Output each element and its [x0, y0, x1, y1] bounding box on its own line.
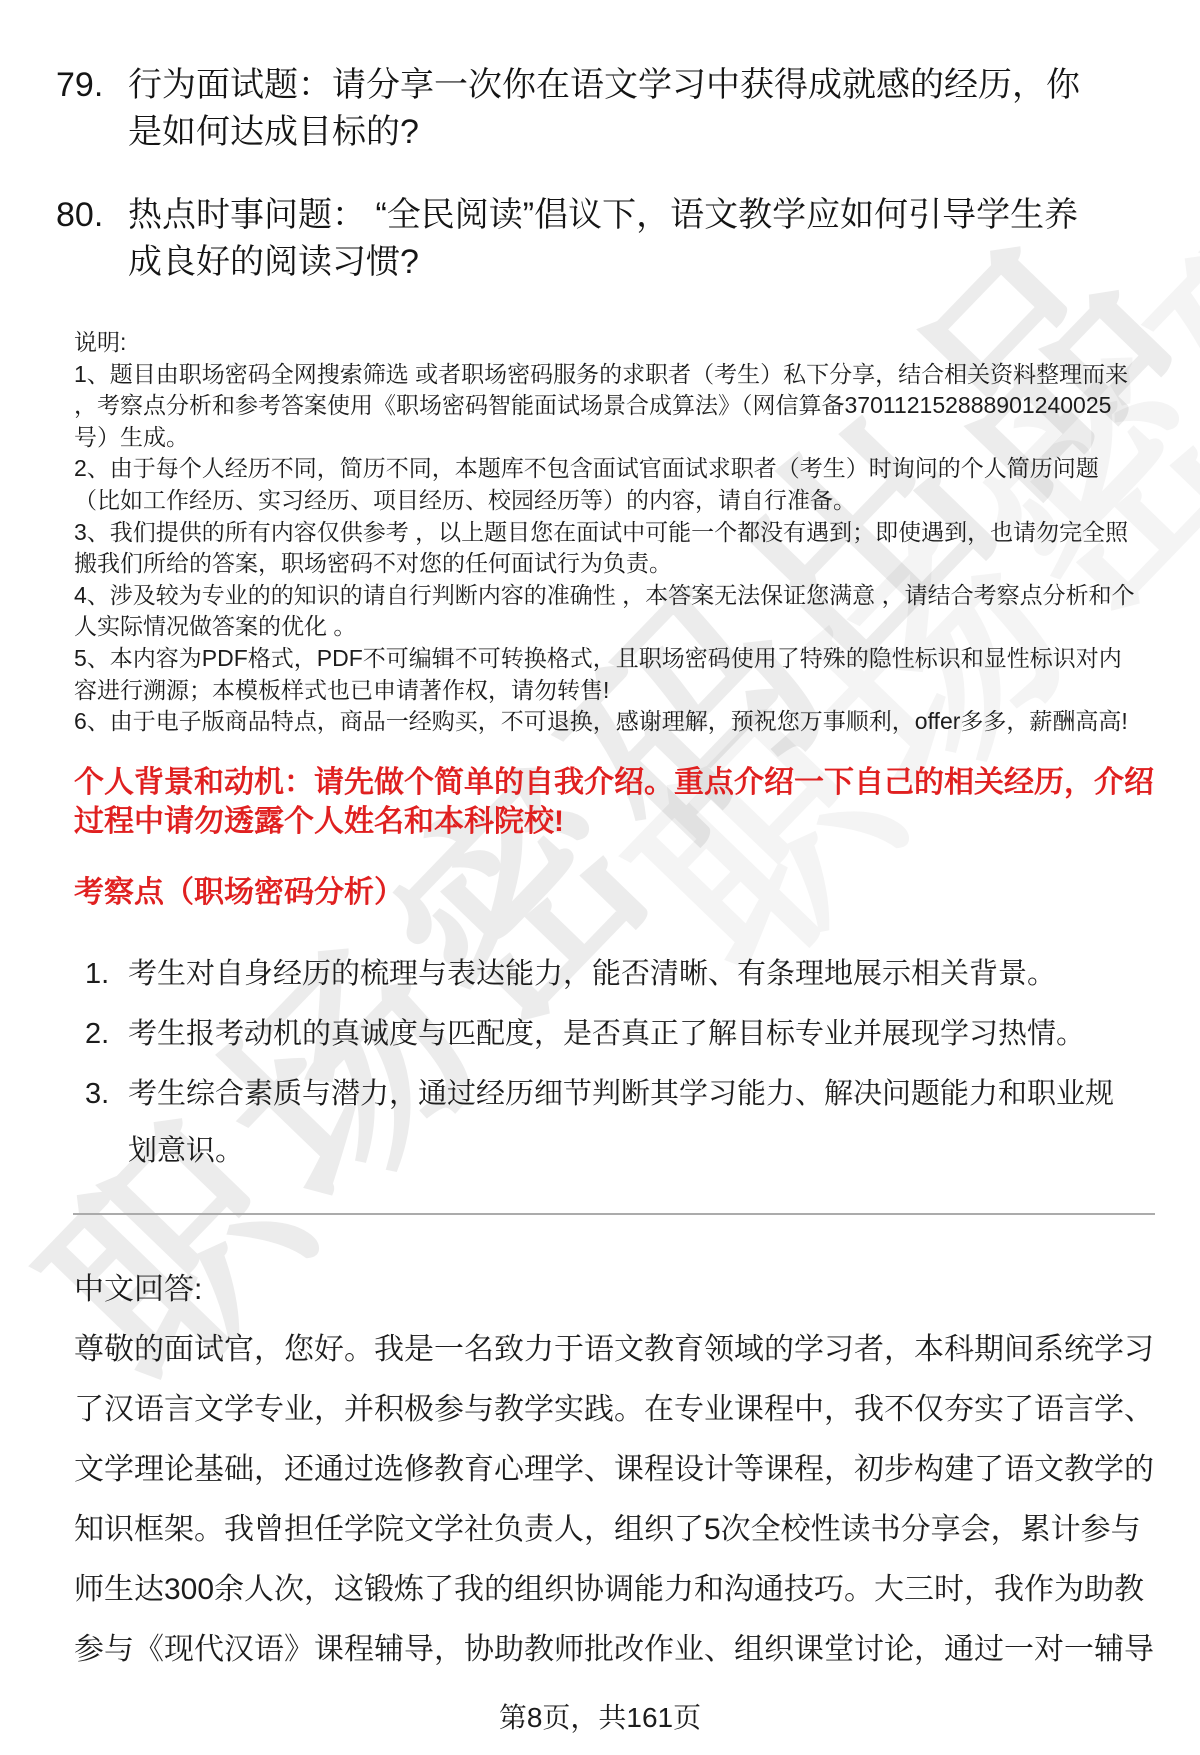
analysis-point-1-number: 1.: [85, 946, 109, 1003]
note-item-4: 4、涉及较为专业的的知识的请自行判断内容的准确性 ，本答案无法保证您满意 ，请结…: [74, 580, 1138, 643]
analysis-point-1: 1. 考生对自身经历的梳理与表达能力，能否清晰、有条理地展示相关背景。: [85, 946, 1141, 1003]
notes-section: 说明: 1、题目由职场密码全网搜索筛选 或者职场密码服务的求职者（考生）私下分享…: [74, 327, 1138, 738]
notes-label: 说明:: [74, 327, 1138, 359]
note-item-3: 3、我们提供的所有内容仅供参考 ，以上题目您在面试中可能一个都没有遇到；即使遇到…: [74, 517, 1138, 580]
analysis-point-3-text: 考生综合素质与潜力，通过经历细节判断其学习能力、解决问题能力和职业规划意识。: [128, 1066, 1141, 1180]
background-motivation-note: 个人背景和动机：请先做个简单的自我介绍。重点介绍一下自己的相关经历，介绍过程中请…: [74, 763, 1156, 841]
note-item-5: 5、本内容为PDF格式，PDF不可编辑不可转换格式，且职场密码使用了特殊的隐性标…: [74, 643, 1138, 706]
analysis-point-3-number: 3.: [85, 1066, 109, 1123]
note-item-2: 2、由于每个人经历不同，简历不同，本题库不包含面试官面试求职者（考生）时询问的个…: [74, 453, 1138, 516]
note-item-1: 1、题目由职场密码全网搜索筛选 或者职场密码服务的求职者（考生）私下分享，结合相…: [74, 359, 1138, 454]
answer-label: 中文回答:: [74, 1270, 202, 1310]
analysis-point-2: 2. 考生报考动机的真诚度与匹配度，是否真正了解目标专业并展现学习热情。: [85, 1006, 1141, 1063]
page-number-footer: 第8页，共161页: [0, 1700, 1200, 1736]
section-divider: [73, 1213, 1155, 1215]
answer-text: 尊敬的面试官，您好。我是一名致力于语文教育领域的学习者，本科期间系统学习了汉语言…: [74, 1320, 1156, 1680]
page-content: 79. 行为面试题：请分享一次你在语文学习中获得成就感的经历，你是如何达成目标的…: [0, 0, 1200, 1755]
question-79-text: 行为面试题：请分享一次你在语文学习中获得成就感的经历，你是如何达成目标的?: [128, 62, 1086, 156]
note-item-6: 6、由于电子版商品特点，商品一经购买，不可退换，感谢理解，预祝您万事顺利，off…: [74, 706, 1138, 738]
analysis-point-2-number: 2.: [85, 1006, 109, 1063]
analysis-point-2-text: 考生报考动机的真诚度与匹配度，是否真正了解目标专业并展现学习热情。: [128, 1006, 1141, 1063]
analysis-point-1-text: 考生对自身经历的梳理与表达能力，能否清晰、有条理地展示相关背景。: [128, 946, 1141, 1003]
pdf-page: 职场密码出品 职场密码出品 79. 行为面试题：请分享一次你在语文学习中获得成就…: [0, 0, 1200, 1755]
question-79-number: 79.: [56, 62, 103, 109]
question-80-text: 热点时事问题： “全民阅读”倡议下，语文教学应如何引导学生养成良好的阅读习惯?: [128, 192, 1086, 286]
question-80-number: 80.: [56, 192, 103, 239]
analysis-point-3: 3. 考生综合素质与潜力，通过经历细节判断其学习能力、解决问题能力和职业规划意识…: [85, 1066, 1141, 1180]
question-79: 79. 行为面试题：请分享一次你在语文学习中获得成就感的经历，你是如何达成目标的…: [56, 62, 1086, 156]
question-80: 80. 热点时事问题： “全民阅读”倡议下，语文教学应如何引导学生养成良好的阅读…: [56, 192, 1086, 286]
analysis-heading: 考察点（职场密码分析）: [74, 873, 1156, 912]
